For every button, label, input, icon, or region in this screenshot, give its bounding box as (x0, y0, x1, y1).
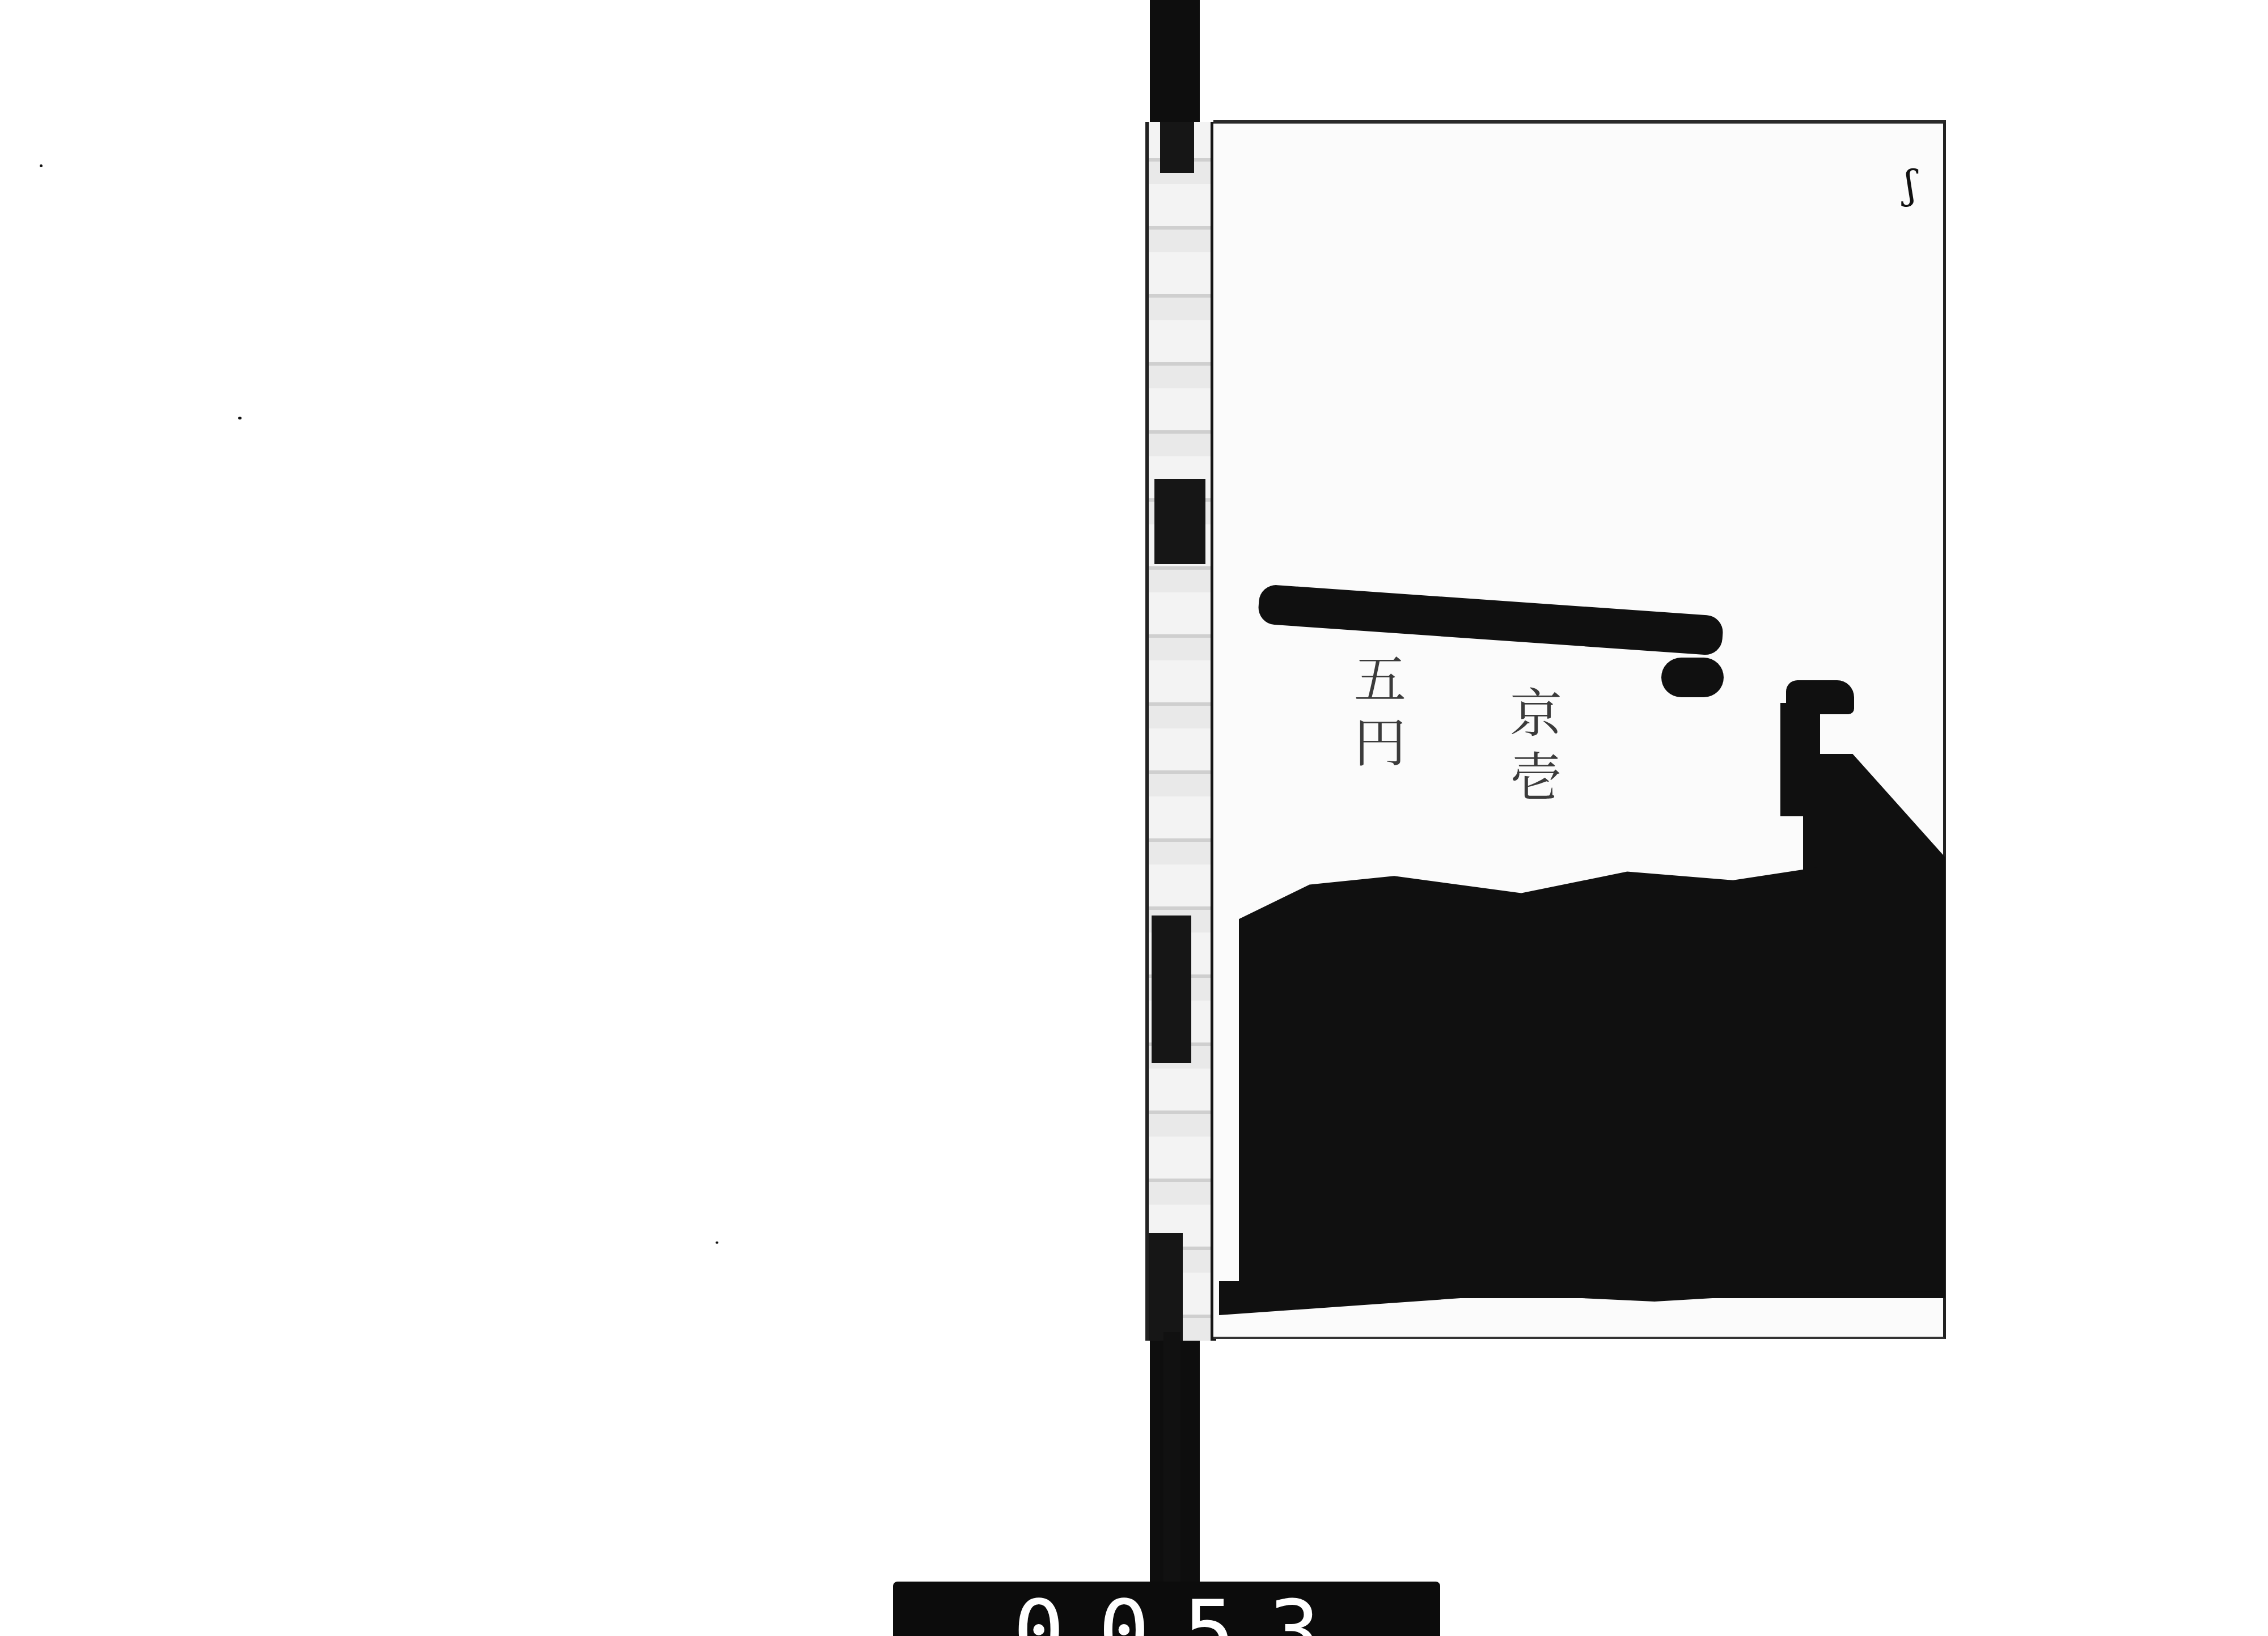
speck (238, 417, 242, 419)
cover-label: 京壱 五円 (1247, 675, 1758, 879)
spine-damage (1160, 122, 1194, 173)
spine-damage (1154, 479, 1205, 564)
book-spine (1145, 122, 1216, 1341)
counter-digit: 0 (1013, 1590, 1064, 1636)
counter-digit: 3 (1269, 1590, 1320, 1636)
stain-lower-mass (1239, 867, 1945, 1298)
holder-rod-lower (1163, 1332, 1180, 1587)
counter-digit: 5 (1184, 1590, 1235, 1636)
label-middle-column: 五円 (1349, 652, 1402, 779)
spine-damage (1152, 916, 1191, 1063)
speck (716, 1241, 718, 1244)
counter-digit: 0 (1098, 1590, 1149, 1636)
label-right-column: 京壱 (1505, 686, 1558, 813)
corner-mark: ʃ (1905, 162, 1916, 208)
counter-plate: 0 0 5 3 (893, 1582, 1440, 1636)
scanned-page: 京壱 五円 ʃ 0 0 5 3 (0, 0, 2268, 1636)
speck (40, 164, 43, 167)
spine-damage (1149, 1233, 1183, 1341)
